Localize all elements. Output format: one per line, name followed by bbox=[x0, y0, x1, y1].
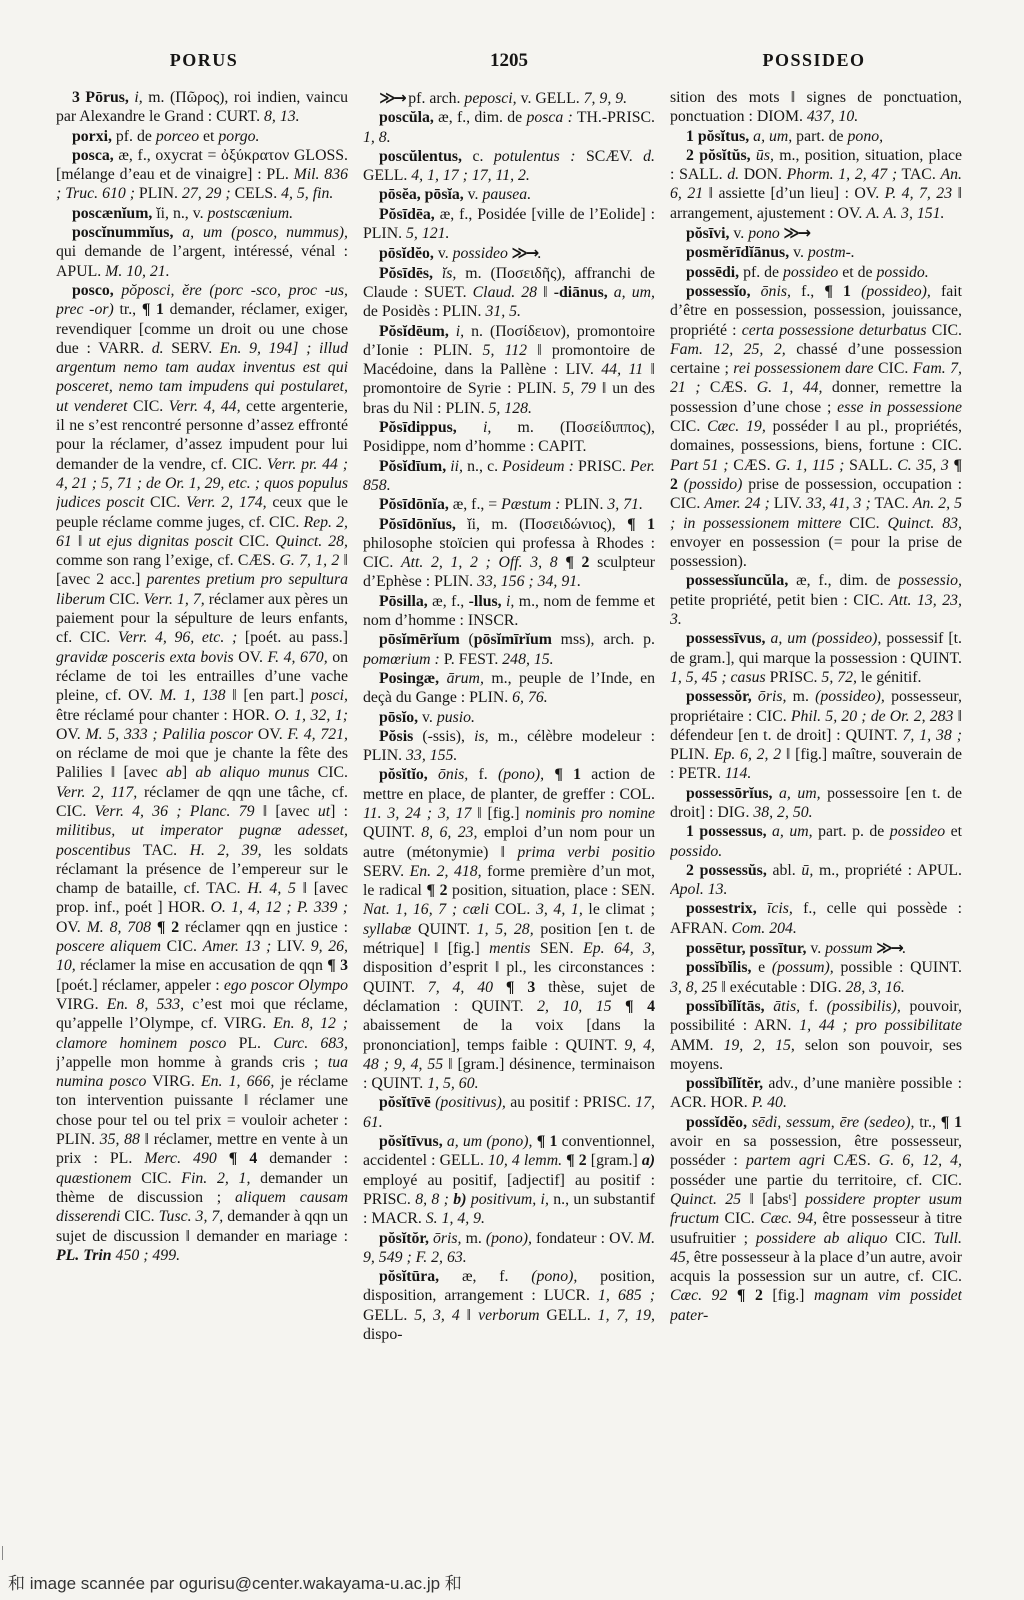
dictionary-entry: pōsĭmērĭum (pōsĭmīrĭum mss), arch. p. po… bbox=[363, 630, 655, 669]
text-column-1: 3 Pōrus, i, m. (Πῶρος), roi indien, vain… bbox=[56, 88, 348, 1536]
dictionary-entry: pŏsĭtŏr, ōris, m. (pono), fondateur : OV… bbox=[363, 1229, 655, 1268]
dictionary-entry: pŏsĭtĭo, ōnis, f. (pono), ¶ 1 action de … bbox=[363, 765, 655, 1093]
dictionary-entry: pŏsĭtīvus, a, um (pono), ¶ 1 conventionn… bbox=[363, 1132, 655, 1228]
dictionary-entry: possestrix, īcis, f., celle qui possède … bbox=[670, 899, 962, 938]
dictionary-entry: Pŏsīdippus, i, m. (Ποσείδιππος), Posidip… bbox=[363, 418, 655, 457]
dictionary-entry: ≫→ pf. arch. peposci, v. GELL. 7, 9, 9. bbox=[363, 88, 655, 108]
dictionary-entry: Pŏsis (-ssis), is, m., célèbre modeleur … bbox=[363, 727, 655, 766]
dictionary-entry: poscŭlentus, c. potulentus : SCÆV. d. GE… bbox=[363, 147, 655, 186]
dictionary-entry: 2 possessŭs, abl. ū, m., propriété : APU… bbox=[670, 861, 962, 900]
dictionary-entry: possēdi, pf. de possideo et de possido. bbox=[670, 263, 962, 282]
dictionary-entry: poscĭnummĭus, a, um (posco, nummus), qui… bbox=[56, 223, 348, 281]
dictionary-entry: pōsĭdĕo, v. possideo ≫→. bbox=[363, 243, 655, 263]
dictionary-entry: Pōsilla, æ, f., -llus, i, m., nom de fem… bbox=[363, 592, 655, 631]
dictionary-body: 3 Pōrus, i, m. (Πῶρος), roi indien, vain… bbox=[56, 88, 962, 1536]
dictionary-entry: pōsĭo, v. pusio. bbox=[363, 708, 655, 727]
page-header: PORUS 1205 POSSIDEO bbox=[56, 50, 962, 72]
dictionary-entry: porxi, pf. de porceo et porgo. bbox=[56, 127, 348, 146]
dictionary-entry: Pŏsīdēs, ĭs, m. (Ποσειδῆς), affranchi de… bbox=[363, 264, 655, 322]
dictionary-entry: posco, pŏposci, ĕre (porc -sco, proc -us… bbox=[56, 281, 348, 1265]
dictionary-entry: 1 possessus, a, um, part. p. de possideo… bbox=[670, 822, 962, 861]
dictionary-entry: possessĭo, ōnis, f., ¶ 1 (possideo), fai… bbox=[670, 282, 962, 571]
dictionary-entry: Pŏsīdōnĭa, æ, f., = Pæstum : PLIN. 3, 71… bbox=[363, 495, 655, 514]
dictionary-entry: pŏsĭtīvē (positivus), au positif : PRISC… bbox=[363, 1093, 655, 1132]
dictionary-entry: Pŏsīdēa, æ, f., Posidée [ville de l’Eoli… bbox=[363, 205, 655, 244]
dictionary-entry: possessōrĭus, a, um, possessoire [en t. … bbox=[670, 784, 962, 823]
dictionary-entry: possĭbĭlis, e (possum), possible : QUINT… bbox=[670, 958, 962, 997]
dictionary-entry: possĭdĕo, sēdi, sessum, ēre (sedeo), tr.… bbox=[670, 1113, 962, 1325]
scan-attribution: 和 image scannée par ogurisu@center.wakay… bbox=[8, 1569, 462, 1594]
dictionary-entry: pŏsīvi, v. pono ≫→ bbox=[670, 223, 962, 243]
dictionary-entry: posca, æ, f., oxycrat = ὀξύκρατον GLOSS.… bbox=[56, 146, 348, 204]
dictionary-entry: poscŭla, æ, f., dim. de posca : TH.-PRIS… bbox=[363, 108, 655, 147]
text-column-2: ≫→ pf. arch. peposci, v. GELL. 7, 9, 9.p… bbox=[363, 88, 655, 1536]
page-number: 1205 bbox=[361, 50, 657, 72]
dictionary-entry: Pŏsĭdēum, i, n. (Ποσίδειον), promontoire… bbox=[363, 322, 655, 418]
dictionary-entry: possĭbĭlĭtĕr, adv., d’une manière possib… bbox=[670, 1074, 962, 1113]
dictionary-entry: poscænĭum, ĭi, n., v. postscænium. bbox=[56, 204, 348, 223]
text-column-3: sition des mots ‖ signes de ponctuation,… bbox=[670, 88, 962, 1536]
dictionary-entry: 2 pŏsĭtŭs, ūs, m., position, situation, … bbox=[670, 146, 962, 223]
dictionary-entry: possĭbĭlĭtās, ātis, f. (possibilis), pou… bbox=[670, 997, 962, 1074]
dictionary-entry: posmĕrīdĭānus, v. postm-. bbox=[670, 243, 962, 262]
dictionary-entry: Pŏsĭdīum, ii, n., c. Posideum : PRISC. P… bbox=[363, 457, 655, 496]
dictionary-entry: Posingæ, ārum, m., peuple de l’Inde, en … bbox=[363, 669, 655, 708]
dictionary-entry: 3 Pōrus, i, m. (Πῶρος), roi indien, vain… bbox=[56, 88, 348, 127]
running-head-right: POSSIDEO bbox=[666, 50, 962, 71]
dictionary-entry: pŏsĭtūra, æ, f. (pono), position, dispos… bbox=[363, 1267, 655, 1344]
dictionary-entry: possessīvus, a, um (possideo), possessif… bbox=[670, 629, 962, 687]
dictionary-entry: 1 pŏsĭtus, a, um, part. de pono, bbox=[670, 127, 962, 146]
scan-artifact-tick bbox=[2, 1546, 3, 1560]
dictionary-entry: possessĭuncŭla, æ, f., dim. de possessio… bbox=[670, 571, 962, 629]
dictionary-entry: possētur, possītur, v. possum ≫→. bbox=[670, 938, 962, 958]
dictionary-entry: pōsĕa, pōsĭa, v. pausea. bbox=[363, 185, 655, 204]
dictionary-entry: possessŏr, ōris, m. (possideo), possesse… bbox=[670, 687, 962, 783]
running-head-left: PORUS bbox=[56, 50, 352, 71]
dictionary-entry: sition des mots ‖ signes de ponctuation,… bbox=[670, 88, 962, 127]
dictionary-entry: Pŏsīdōnĭus, ĭi, m. (Ποσειδώνιος), ¶ 1 ph… bbox=[363, 515, 655, 592]
